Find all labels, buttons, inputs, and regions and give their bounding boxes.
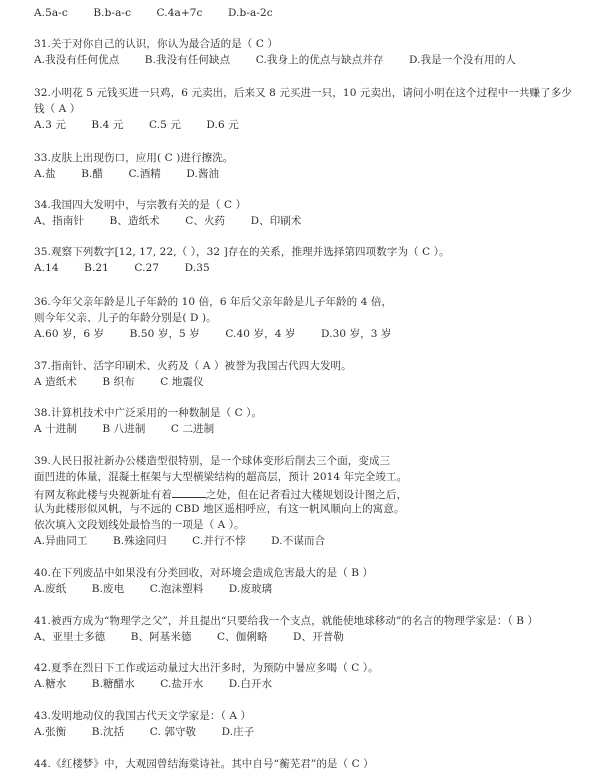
option-b: B.废电 (92, 582, 124, 596)
option-b: B、造纸术 (110, 214, 160, 228)
question-31-text: 31.关于对你自己的认识，你认为最合适的是（ C ） (34, 37, 278, 51)
option-b: B.殊途同归 (113, 534, 167, 548)
option-c: C.我身上的优点与缺点并存 (256, 53, 384, 67)
option-c: C.泡沫塑料 (150, 582, 204, 596)
option-d: D.不谋而合 (271, 534, 325, 548)
option-a: A.异曲同工 (34, 534, 88, 548)
question-35-text: 35.观察下列数字[12, 17, 22,（ ），32 ]存在的关系，推理并选择… (34, 245, 450, 259)
option-b: B.糖醋水 (92, 677, 135, 691)
option-c: C、火药 (185, 214, 225, 228)
q41-options: A、亚里士多德 B、阿基米德 C、伽俐略 D、开普勒 (34, 630, 344, 644)
option-c: C.盐开水 (160, 677, 203, 691)
question-39-text-line-1: 39.人民日报社新办公楼造型很特别，是一个球体变形后削去三个面，变成三 (34, 454, 390, 468)
option-a: A.张衡 (34, 725, 66, 739)
option-d: D.b-a-2c (228, 6, 273, 20)
option-d: D.35 (185, 261, 210, 275)
document-page: A.5a-c B.b-a-c C.4a+7c D.b-a-2c 31.关于对你自… (0, 0, 609, 777)
option-b: B.21 (84, 261, 109, 275)
question-42-text: 42.夏季在烈日下工作或运动量过大出汗多时，为预防中暑应多喝（ C ）。 (34, 661, 379, 675)
q32-options: A.3 元 B.4 元 C.5 元 D.6 元 (34, 118, 239, 132)
question-33-text: 33.皮肤上出现伤口，应用( C )进行擦洗。 (34, 151, 233, 165)
option-c: C 二进制 (171, 422, 214, 436)
question-39-text-line-5: 依次填入文段划线处最恰当的一项是（ A ）。 (34, 518, 245, 532)
option-d: D.酱油 (186, 167, 219, 181)
option-b: B.沈括 (92, 725, 124, 739)
option-c: C 地震仪 (160, 375, 203, 389)
option-a: A.废纸 (34, 582, 66, 596)
q38-options: A 十进制 B 八进制 C 二进制 (34, 422, 214, 436)
option-a: A.糖水 (34, 677, 66, 691)
option-b: B.醋 (81, 167, 103, 181)
option-b: B 织布 (102, 375, 134, 389)
option-a: A.3 元 (34, 118, 66, 132)
option-c: C.27 (134, 261, 159, 275)
option-c: C、伽俐略 (217, 630, 268, 644)
question-38-text: 38.计算机技术中广泛采用的一种数制是（ C ）。 (34, 406, 262, 420)
option-c: C.4a+7c (157, 6, 203, 20)
option-b: B.4 元 (91, 118, 123, 132)
option-d: D、开普勒 (293, 630, 344, 644)
option-a: A、指南针 (34, 214, 84, 228)
option-c: C.并行不悖 (192, 534, 246, 548)
q43-options: A.张衡 B.沈括 C. 郭守敬 D.庄子 (34, 725, 254, 739)
question-34-text: 34.我国四大发明中，与宗教有关的是（ C ） (34, 198, 246, 212)
option-b: B.50 岁，5 岁 (130, 327, 200, 341)
option-c: C.酒精 (129, 167, 161, 181)
option-a: A 十进制 (34, 422, 77, 436)
q31-options: A.我没有任何优点 B.我没有任何缺点 C.我身上的优点与缺点并存 D.我是一个… (34, 53, 516, 67)
option-b: B、阿基米德 (131, 630, 192, 644)
fill-in-blank (172, 486, 206, 498)
q34-options: A、指南针 B、造纸术 C、火药 D、印刷术 (34, 214, 302, 228)
q33-options: A.盐 B.醋 C.酒精 D.酱油 (34, 167, 219, 181)
option-b: B 八进制 (102, 422, 145, 436)
q42-options: A.糖水 B.糖醋水 C.盐开水 D.白开水 (34, 677, 272, 691)
option-b: B.我没有任何缺点 (145, 53, 230, 67)
option-a: A.14 (34, 261, 59, 275)
option-c: C.40 岁，4 岁 (225, 327, 295, 341)
option-a: A.盐 (34, 167, 56, 181)
question-39-text-line-4: 认为此楼形似风帆，与不远的 CBD 地区遥相呼应，有这一帆风顺向上的寓意。 (34, 502, 405, 516)
q35-options: A.14 B.21 C.27 D.35 (34, 261, 210, 275)
option-d: D.废玻璃 (229, 582, 272, 596)
question-32-text-line-1: 32.小明花 5 元钱买进一只鸡，6 元卖出，后来又 8 元买进一只，10 元卖… (34, 86, 572, 100)
option-d: D、印刷术 (251, 214, 302, 228)
question-39-text-line-2: 面凹进的体量，混凝土框架与大型横梁结构的超高层，预计 2014 年完全竣工。 (34, 470, 407, 484)
question-32-text-line-2: 钱（ A ） (34, 102, 80, 116)
question-43-text: 43.发明地动仪的我国古代天文学家是：（ A ） (34, 709, 251, 723)
question-39-text-line-3: 有网友称此楼与央视新址有着之处，但在记者看过大楼规划设计图之后， (34, 486, 407, 500)
q36-options: A.60 岁，6 岁 B.50 岁，5 岁 C.40 岁，4 岁 D.30 岁，… (34, 327, 392, 341)
option-a: A、亚里士多德 (34, 630, 105, 644)
option-c: C.5 元 (149, 118, 181, 132)
question-36-text-line-2: 则今年父亲、儿子的年龄分别是( D )。 (34, 311, 217, 325)
line-prefix: 有网友称此楼与央视新址有着 (34, 489, 172, 501)
line-suffix: 之处，但在记者看过大楼规划设计图之后， (206, 489, 407, 501)
option-a: A 造纸术 (34, 375, 77, 389)
question-36-text-line-1: 36.今年父亲年龄是儿子年龄的 10 倍，6 年后父亲年龄是儿子年龄的 4 倍， (34, 295, 392, 309)
option-a: A.5a-c (34, 6, 68, 20)
option-d: D.30 岁，3 岁 (321, 327, 392, 341)
question-40-text: 40.在下列废品中如果没有分类回收，对环境会造成危害最大的是（ B ） (34, 566, 373, 580)
q39-options: A.异曲同工 B.殊途同归 C.并行不悖 D.不谋而合 (34, 534, 325, 548)
option-d: D.我是一个没有用的人 (409, 53, 516, 67)
option-d: D.庄子 (222, 725, 255, 739)
option-b: B.b-a-c (93, 6, 131, 20)
q30-options: A.5a-c B.b-a-c C.4a+7c D.b-a-2c (34, 6, 273, 20)
option-c: C. 郭守敬 (150, 725, 196, 739)
question-44-text: 44.《红楼梦》中，大观园曾结海棠诗社。其中自号“蘅芜君”的是（ C ） (34, 757, 374, 771)
option-d: D.白开水 (229, 677, 272, 691)
question-41-text: 41.被西方成为“物理学之父”，并且提出“只要给我一个支点，就能使地球移动”的名… (34, 614, 538, 628)
question-37-text: 37.指南针、活字印刷术、火药及（ A ）被誉为我国古代四大发明。 (34, 359, 352, 373)
q37-options: A 造纸术 B 织布 C 地震仪 (34, 375, 204, 389)
option-a: A.60 岁，6 岁 (34, 327, 104, 341)
option-d: D.6 元 (206, 118, 238, 132)
q40-options: A.废纸 B.废电 C.泡沫塑料 D.废玻璃 (34, 582, 272, 596)
option-a: A.我没有任何优点 (34, 53, 119, 67)
